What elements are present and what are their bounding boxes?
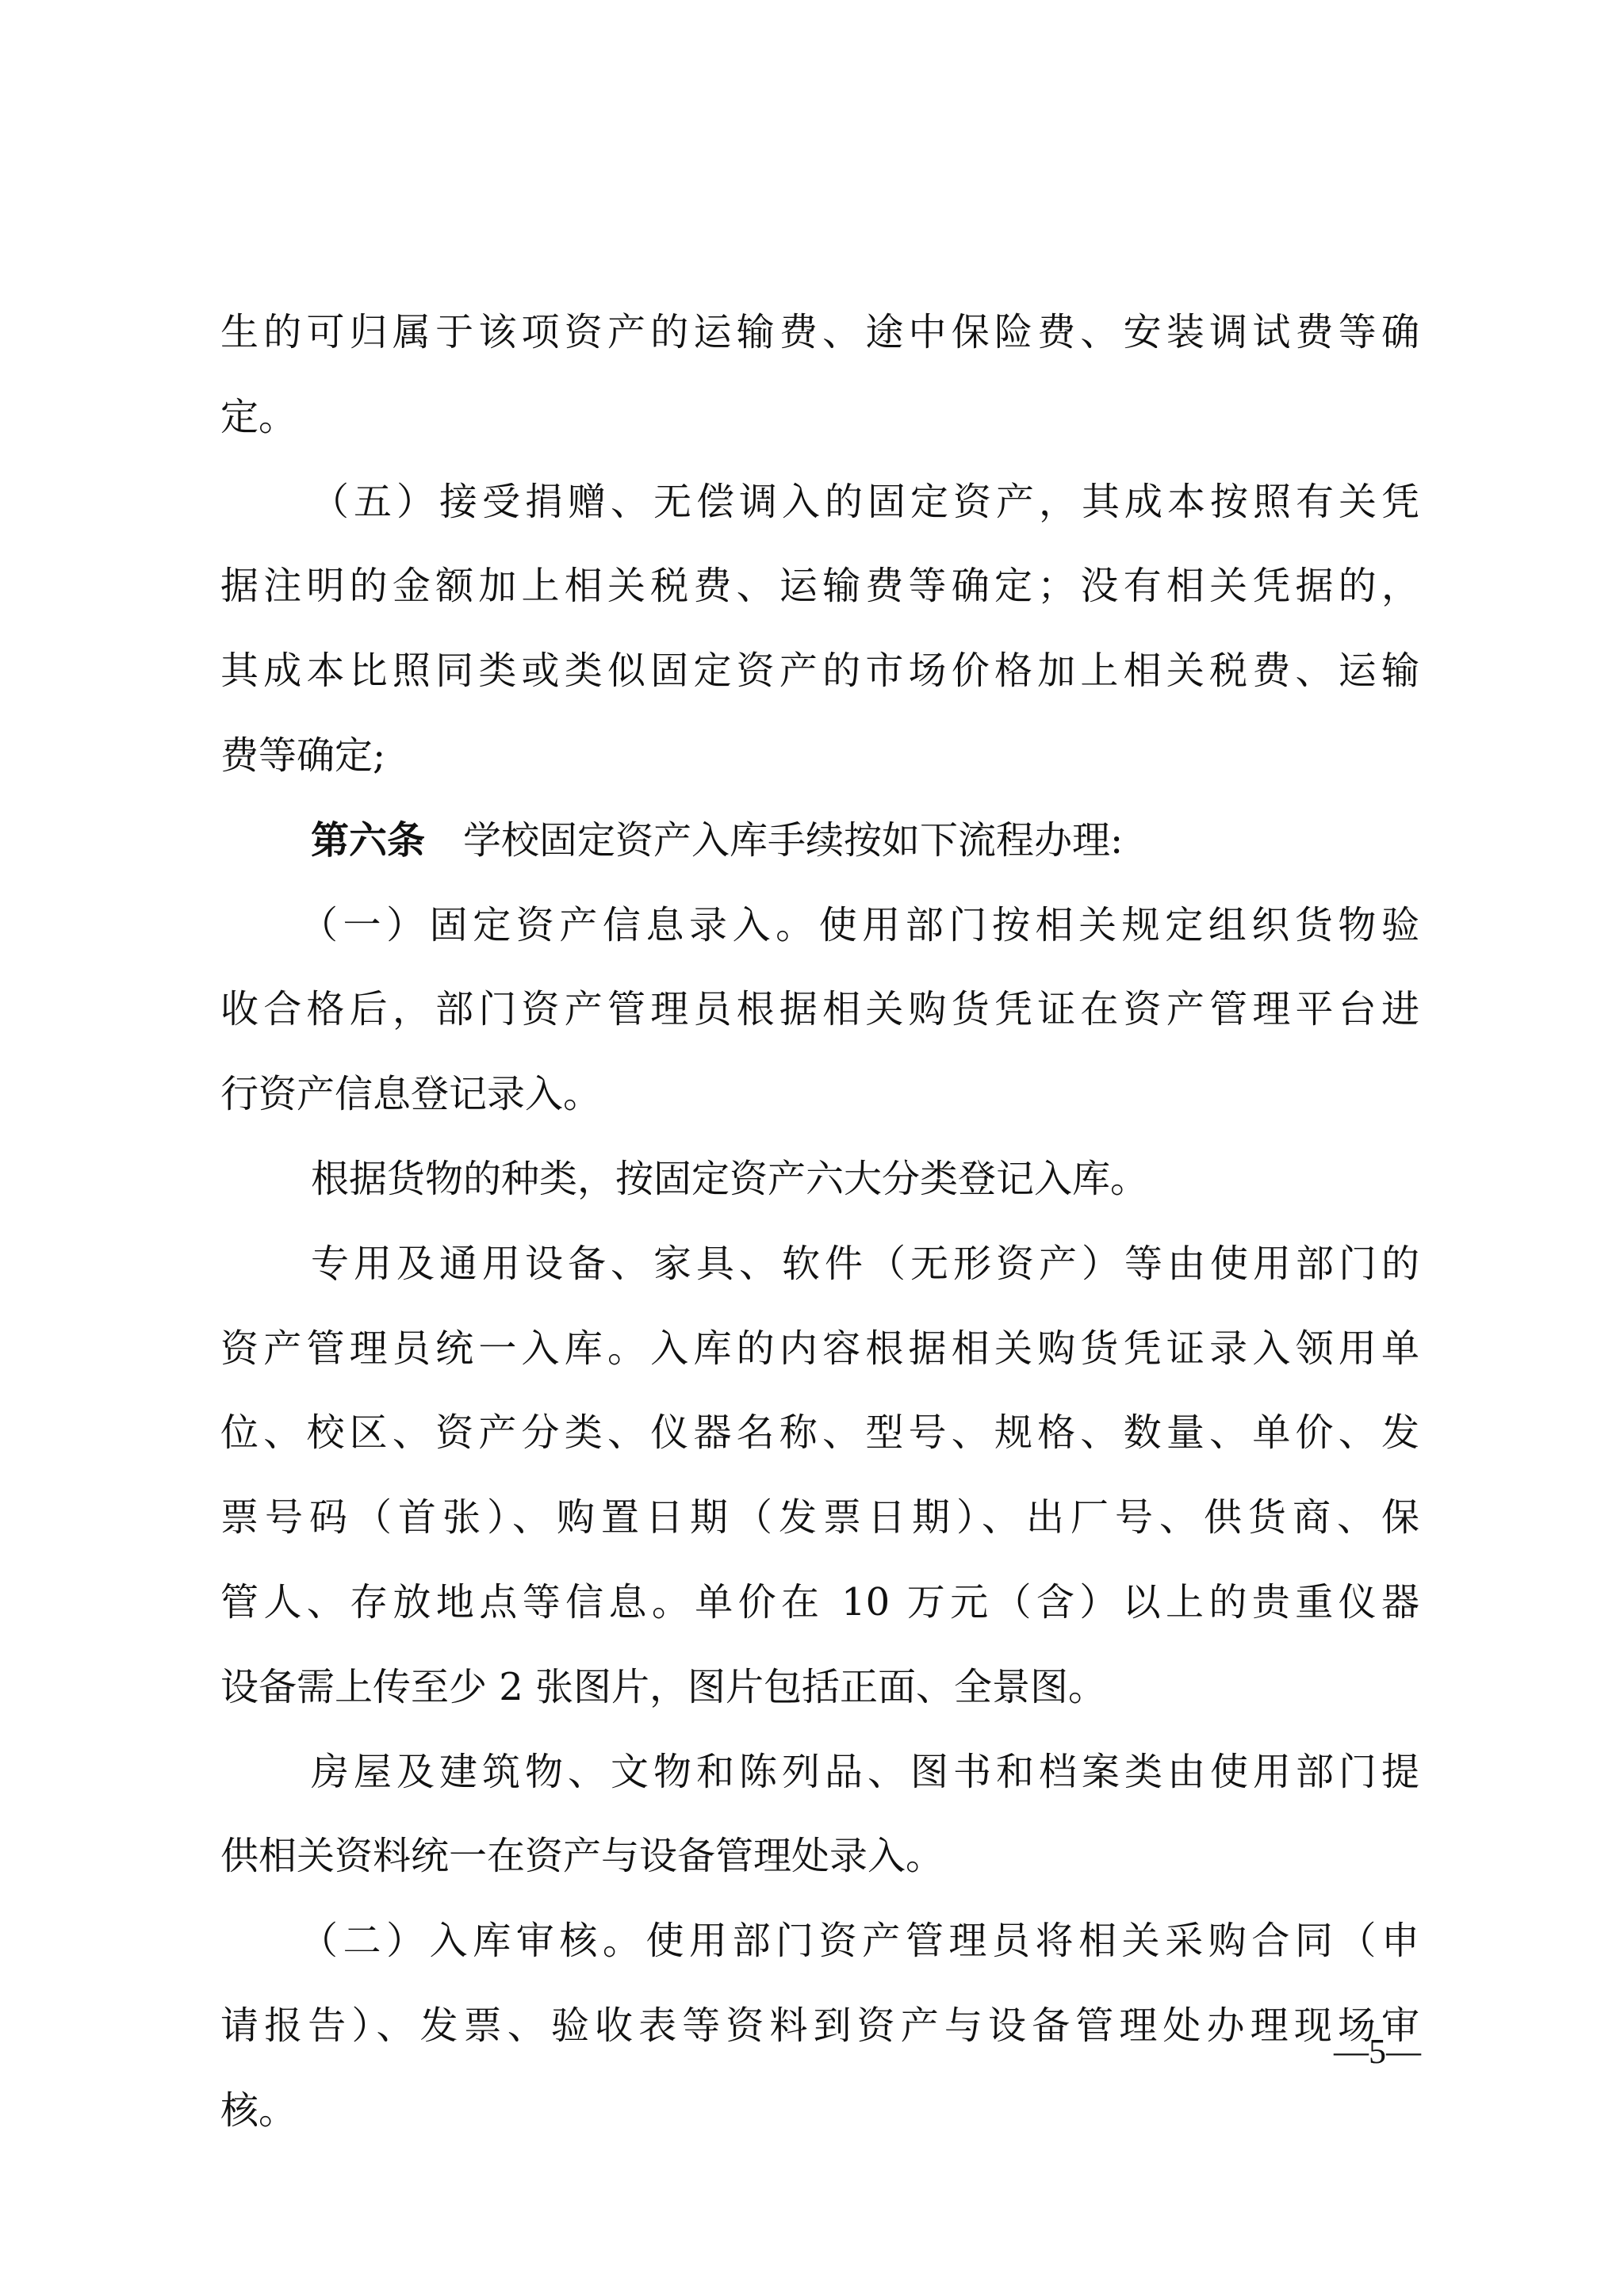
text-line: 管人、存放地点等信息。单价在 10 万元（含）以上的贵重仪器 bbox=[220, 1560, 1419, 1645]
text-line: 位、校区、资产分类、仪器名称、型号、规格、数量、单价、发 bbox=[220, 1391, 1419, 1475]
article-text: 学校固定资产入库手续按如下流程办理: bbox=[463, 818, 1123, 863]
article-number: 第六条 bbox=[311, 818, 425, 863]
document-page: 生的可归属于该项资产的运输费、途中保险费、安装调试费等确 定。 （五）接受捐赠、… bbox=[0, 0, 1624, 2296]
text-line: 生的可归属于该项资产的运输费、途中保险费、安装调试费等确 bbox=[220, 290, 1419, 375]
text-line: 其成本比照同类或类似固定资产的市场价格加上相关税费、运输 bbox=[220, 629, 1419, 714]
text-line: 请报告）、发票、验收表等资料到资产与设备管理处办理现场审 bbox=[220, 1984, 1419, 2068]
text-line: 票号码（首张）、购置日期（发票日期）、出厂号、供货商、保 bbox=[220, 1475, 1419, 1560]
text-line: 据注明的金额加上相关税费、运输费等确定；没有相关凭据的， bbox=[220, 544, 1419, 629]
paragraph-buildings-start: 房屋及建筑物、文物和陈列品、图书和档案类由使用部门提 bbox=[220, 1730, 1419, 1815]
text-line: 费等确定; bbox=[220, 714, 1419, 798]
text-line: 定。 bbox=[220, 375, 1419, 460]
paragraph-equipment-start: 专用及通用设备、家具、软件（无形资产）等由使用部门的 bbox=[220, 1222, 1419, 1307]
text-line: 行资产信息登记录入。 bbox=[220, 1052, 1419, 1137]
paragraph-classification: 根据货物的种类，按固定资产六大分类登记入库。 bbox=[220, 1137, 1419, 1222]
paragraph-item-5-start: （五）接受捐赠、无偿调入的固定资产，其成本按照有关凭 bbox=[220, 460, 1419, 545]
text-line: 核。 bbox=[220, 2068, 1419, 2153]
document-body: 生的可归属于该项资产的运输费、途中保险费、安装调试费等确 定。 （五）接受捐赠、… bbox=[220, 290, 1419, 2153]
text-line: 收合格后，部门资产管理员根据相关购货凭证在资产管理平台进 bbox=[220, 967, 1419, 1052]
text-line: 资产管理员统一入库。入库的内容根据相关购货凭证录入领用单 bbox=[220, 1307, 1419, 1391]
paragraph-item-2-start: （二）入库审核。使用部门资产管理员将相关采购合同（申 bbox=[220, 1899, 1419, 1984]
article-6-heading: 第六条学校固定资产入库手续按如下流程办理: bbox=[220, 798, 1419, 883]
page-number: —5— bbox=[1329, 2030, 1426, 2074]
paragraph-item-1-start: （一）固定资产信息录入。使用部门按相关规定组织货物验 bbox=[220, 883, 1419, 968]
text-line: 供相关资料统一在资产与设备管理处录入。 bbox=[220, 1814, 1419, 1899]
text-line: 设备需上传至少 2 张图片，图片包括正面、全景图。 bbox=[220, 1645, 1419, 1730]
